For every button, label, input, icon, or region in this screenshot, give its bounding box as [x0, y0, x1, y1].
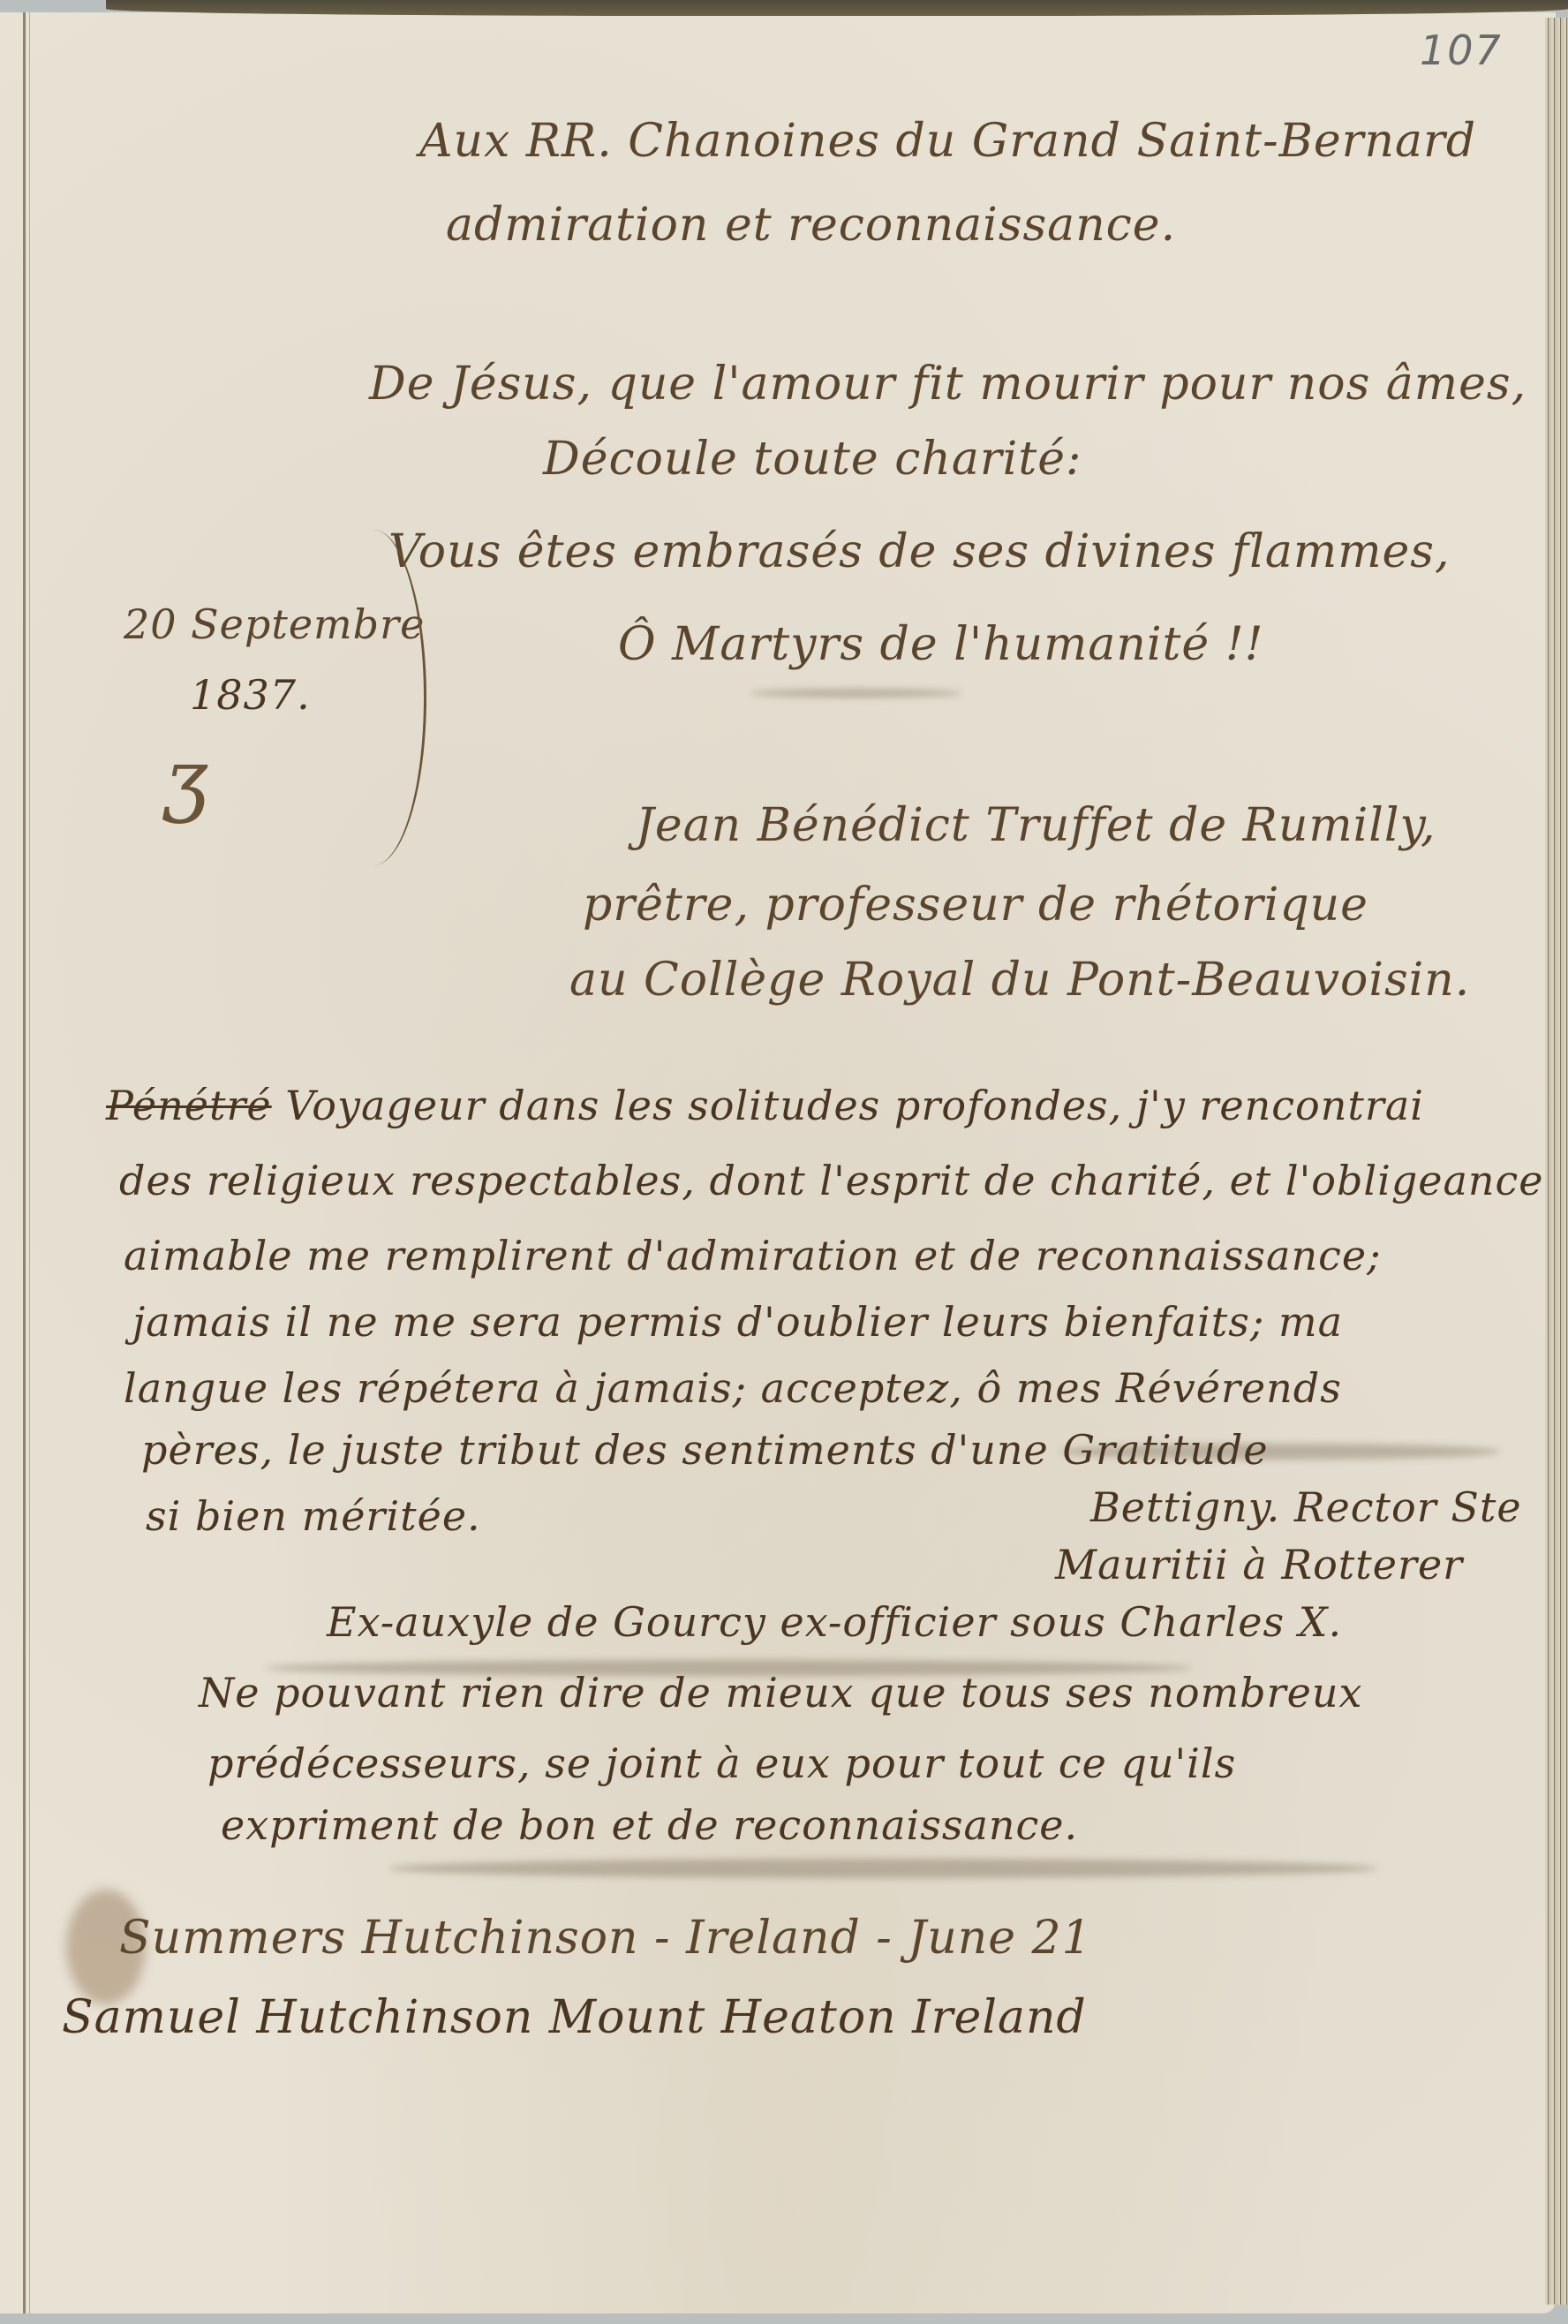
struck-word: Pénétré	[106, 1082, 272, 1129]
entry-2-signature-1: Bettigny. Rector Ste	[1090, 1483, 1522, 1531]
ink-smear	[388, 1859, 1377, 1878]
binding-gutter-line	[29, 12, 30, 2313]
verse-line-4: Ô Martyrs de l'humanité !!	[618, 618, 1264, 671]
dedication-line-1: Aux RR. Chanoines du Grand Saint-Bernard	[419, 115, 1476, 168]
margin-date-year: 1837.	[190, 671, 311, 719]
binding-gutter	[23, 12, 26, 2313]
signature-1-line-2: prêtre, professeur de rhétorique	[583, 879, 1368, 932]
signature-1-line-3: au Collège Royal du Pont-Beauvoisin.	[569, 954, 1470, 1007]
entry-2-signature-2: Mauritii à Rotterer	[1055, 1541, 1463, 1588]
page-top-edge	[106, 0, 1568, 16]
entry-4-line-1: Summers Hutchinson - Ireland - June 21	[119, 1912, 1092, 1965]
ink-smear	[750, 689, 962, 698]
folio-number: 107	[1420, 26, 1503, 74]
entry-2-line-1: Pénétré Voyageur dans les solitudes prof…	[106, 1082, 1424, 1129]
verse-line-2: Découle toute charité:	[543, 433, 1082, 486]
entry-2-line-1-text: Voyageur dans les solitudes profondes, j…	[285, 1082, 1424, 1129]
entry-3-line-3: prédécesseurs, se joint à eux pour tout …	[207, 1739, 1236, 1787]
dedication-line-2: admiration et reconnaissance.	[446, 199, 1176, 252]
entry-3-line-4: expriment de bon et de reconnaissance.	[221, 1801, 1078, 1849]
verse-line-3: Vous êtes embrasés de ses divines flamme…	[388, 525, 1451, 578]
entry-4-line-2: Samuel Hutchinson Mount Heaton Ireland	[62, 1991, 1087, 2044]
entry-2-line-2: des religieux respectables, dont l'espri…	[119, 1157, 1544, 1204]
page-stack-edges	[1545, 18, 1568, 2305]
ink-smear	[1059, 1444, 1501, 1460]
signature-1-line-1: Jean Bénédict Truffet de Rumilly,	[636, 799, 1436, 852]
entry-2-line-4: jamais il ne me sera permis d'oublier le…	[132, 1298, 1343, 1346]
verse-line-1: De Jésus, que l'amour fit mourir pour no…	[369, 358, 1527, 411]
entry-2-line-3: aimable me remplirent d'admiration et de…	[124, 1232, 1382, 1279]
entry-2-line-7: si bien méritée.	[146, 1492, 481, 1540]
entry-3-line-1: Ex-auxyle de Gourcy ex-officier sous Cha…	[327, 1598, 1342, 1646]
entry-3-line-2: Ne pouvant rien dire de mieux que tous s…	[199, 1669, 1362, 1717]
entry-2-line-5: langue les répétera à jamais; acceptez, …	[124, 1364, 1342, 1412]
paraph-flourish: ʒ	[163, 733, 208, 826]
